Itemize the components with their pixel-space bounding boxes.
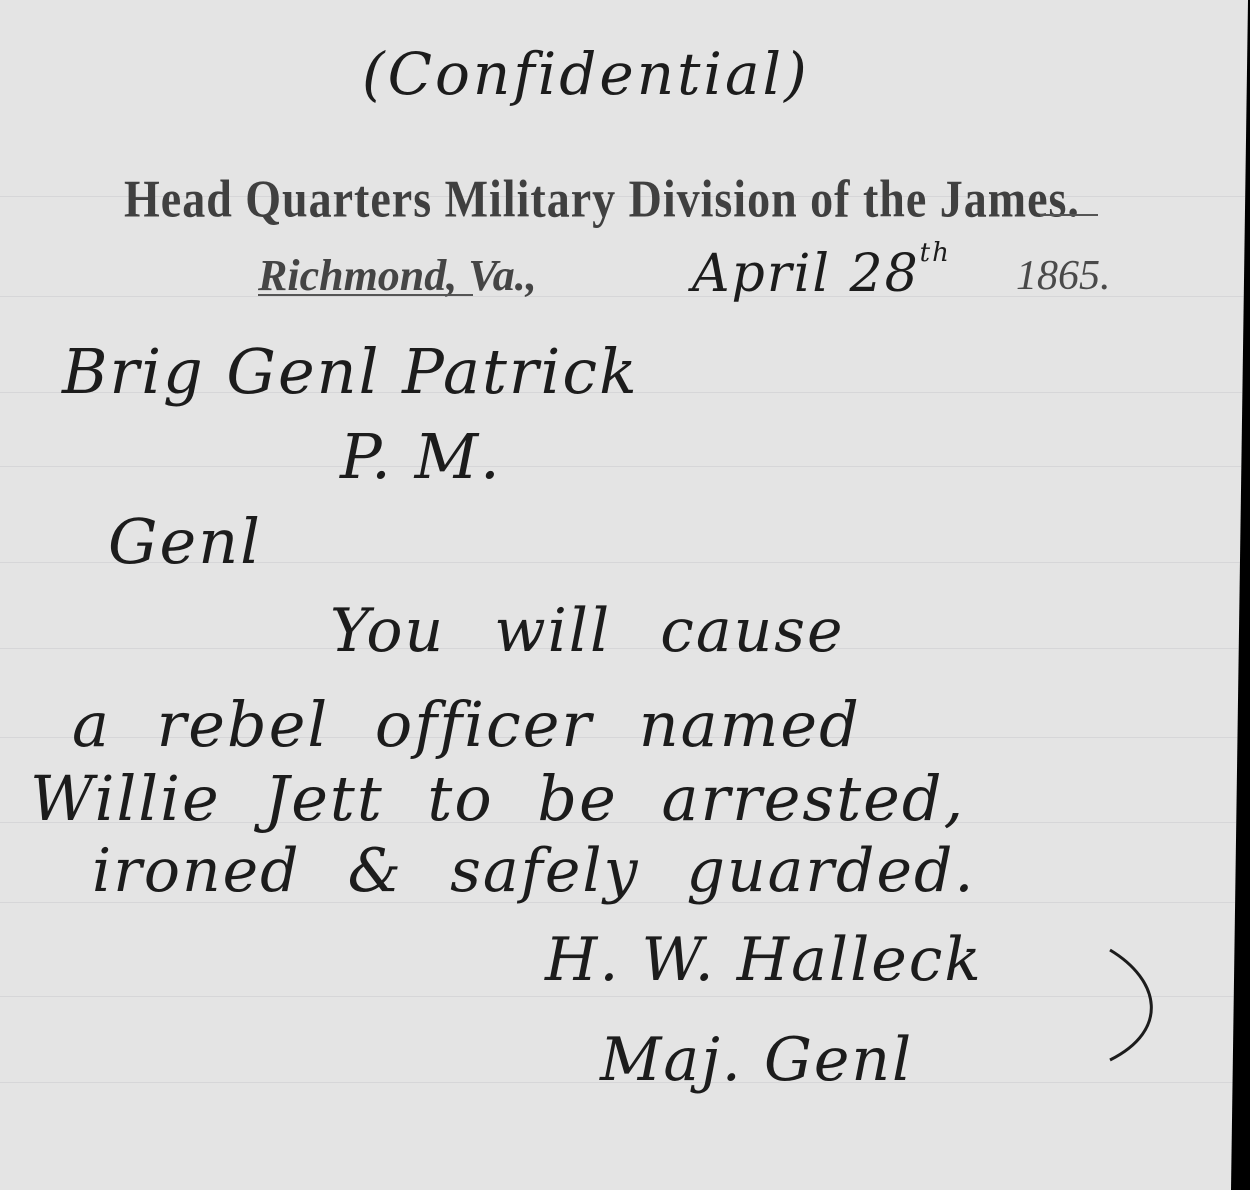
signature-name: H. W. Halleck — [545, 925, 983, 995]
salutation: Genl — [108, 505, 262, 578]
letter-page: (Confidential) Head Quarters Military Di… — [0, 0, 1250, 1190]
addressee-name: Brig Genl Patrick — [62, 335, 639, 408]
date-suffix: th — [920, 238, 951, 268]
body-line-2: a rebel officer named — [72, 688, 861, 761]
confidential-marking: (Confidential) — [362, 40, 810, 108]
addressee-title: P. M. — [340, 420, 502, 493]
body-line-1: You will cause — [330, 596, 845, 666]
body-line-4: ironed & safely guarded. — [92, 836, 975, 906]
place-underline — [258, 290, 478, 300]
letterhead-title: Head Quarters Military Division of the J… — [124, 168, 1080, 229]
signature-flourish — [1100, 940, 1180, 1070]
signature-title: Maj. Genl — [600, 1025, 913, 1095]
letterhead-underline — [1040, 212, 1100, 218]
body-line-3: Willie Jett to be arrested, — [30, 762, 965, 835]
letter-date: April 28th — [692, 238, 951, 304]
letter-year: 1865. — [1016, 252, 1111, 300]
